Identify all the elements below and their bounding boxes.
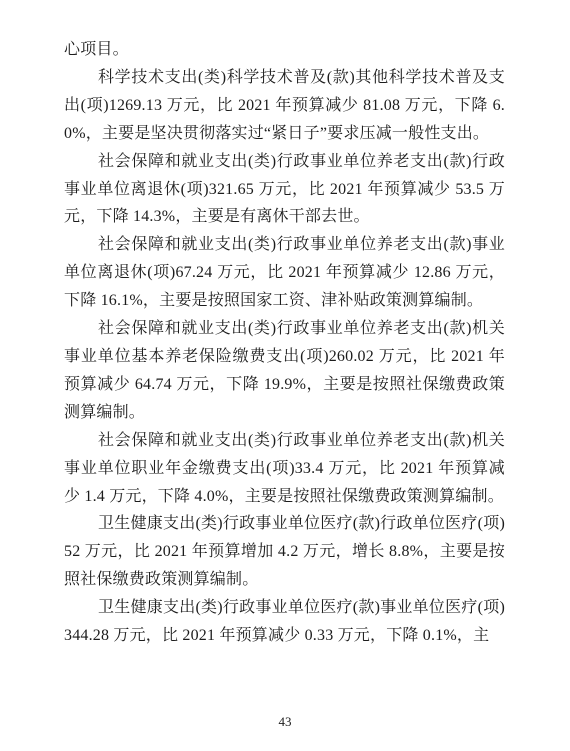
paragraph: 社会保障和就业支出(类)行政事业单位养老支出(款)机关事业单位职业年金缴费支出(…: [64, 427, 505, 511]
document-body: 心项目。科学技术支出(类)科学技术普及(款)其他科学技术普及支出(项)1269.…: [64, 36, 505, 650]
paragraph: 社会保障和就业支出(类)行政事业单位养老支出(款)行政事业单位离退休(项)321…: [64, 148, 505, 232]
paragraph: 社会保障和就业支出(类)行政事业单位养老支出(款)机关事业单位基本养老保险缴费支…: [64, 315, 505, 427]
paragraph: 心项目。: [64, 36, 505, 64]
paragraph: 卫生健康支出(类)行政事业单位医疗(款)行政单位医疗(项)52 万元，比 202…: [64, 510, 505, 594]
paragraph: 卫生健康支出(类)行政事业单位医疗(款)事业单位医疗(项)344.28 万元，比…: [64, 594, 505, 650]
document-page: 心项目。科学技术支出(类)科学技术普及(款)其他科学技术普及支出(项)1269.…: [0, 0, 570, 751]
paragraph: 社会保障和就业支出(类)行政事业单位养老支出(款)事业单位离退休(项)67.24…: [64, 231, 505, 315]
page-number: 43: [0, 714, 570, 730]
paragraph: 科学技术支出(类)科学技术普及(款)其他科学技术普及支出(项)1269.13 万…: [64, 64, 505, 148]
